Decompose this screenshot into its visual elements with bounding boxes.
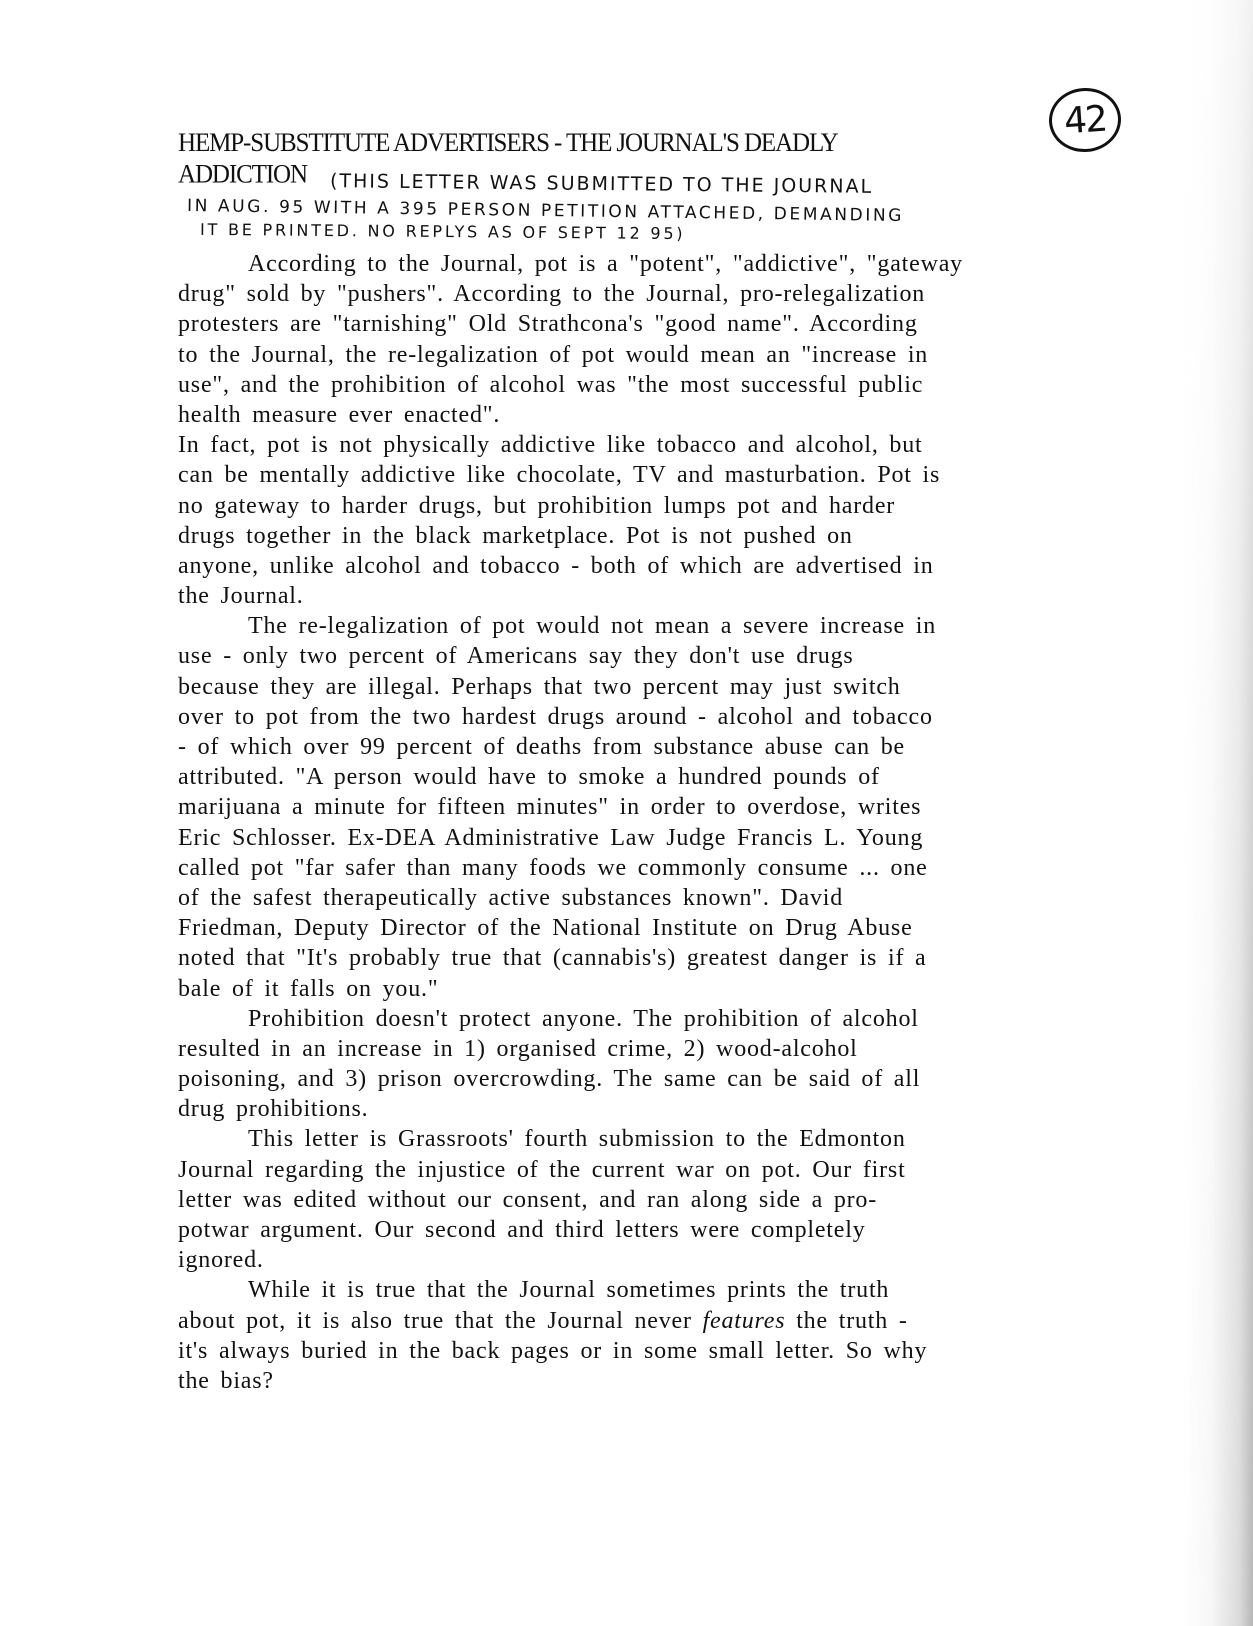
text-line: drug prohibitions. [178,1094,1078,1124]
text-line: While it is true that the Journal someti… [178,1275,1078,1305]
text-line: Eric Schlosser. Ex-DEA Administrative La… [178,823,1078,853]
title-line-1: HEMP-SUBSTITUTE ADVERTISERS - THE JOURNA… [178,128,1008,160]
text-line: over to pot from the two hardest drugs a… [178,702,1078,732]
text-line: ignored. [178,1245,1078,1275]
text-line: noted that "It's probably true that (can… [178,943,1078,973]
text-line: drug" sold by "pushers". According to th… [178,279,1078,309]
text-line: potwar argument. Our second and third le… [178,1215,1078,1245]
text-line: Prohibition doesn't protect anyone. The … [178,1004,1078,1034]
text-line: protesters are "tarnishing" Old Strathco… [178,309,1078,339]
text-line: poisoning, and 3) prison overcrowding. T… [178,1064,1078,1094]
text-line: health measure ever enacted". [178,400,1078,430]
text-line: because they are illegal. Perhaps that t… [178,672,1078,702]
text-line: attributed. "A person would have to smok… [178,762,1078,792]
circled-page-number: 42 [1047,86,1123,155]
text-line: of the safest therapeutically active sub… [178,883,1078,913]
text-line: called pot "far safer than many foods we… [178,853,1078,883]
text-line: letter was edited without our consent, a… [178,1185,1078,1215]
text-line: it's always buried in the back pages or … [178,1336,1078,1366]
text-segment: the truth - [785,1308,907,1334]
text-line: to the Journal, the re-legalization of p… [178,340,1078,370]
text-line: resulted in an increase in 1) organised … [178,1034,1078,1064]
text-line: - of which over 99 percent of deaths fro… [178,732,1078,762]
text-line: Friedman, Deputy Director of the Nationa… [178,913,1078,943]
page-number-text: 42 [1063,98,1108,142]
text-line: Journal regarding the injustice of the c… [178,1155,1078,1185]
emphasized-word: features [703,1308,786,1334]
text-line: In fact, pot is not physically addictive… [178,430,1078,460]
text-line: anyone, unlike alcohol and tobacco - bot… [178,551,1078,581]
text-line: the Journal. [178,581,1078,611]
text-line: drugs together in the black marketplace.… [178,521,1078,551]
text-line: marijuana a minute for fifteen minutes" … [178,792,1078,822]
text-line: This letter is Grassroots' fourth submis… [178,1124,1078,1154]
text-line: use - only two percent of Americans say … [178,641,1078,671]
text-line: no gateway to harder drugs, but prohibit… [178,491,1078,521]
scan-edge-shadow [1183,0,1253,1626]
text-line: about pot, it is also true that the Jour… [178,1306,1078,1336]
text-line: According to the Journal, pot is a "pote… [178,249,1078,279]
text-segment: about pot, it is also true that the Jour… [178,1308,703,1334]
handwritten-note-line-3: IT BE PRINTED. NO REPLYS AS OF SEPT 12 9… [200,220,686,243]
text-line: The re-legalization of pot would not mea… [178,611,1078,641]
handwritten-note-line-1: (THIS LETTER WAS SUBMITTED TO THE JOURNA… [330,170,873,198]
text-line: bale of it falls on you." [178,974,1078,1004]
text-line: the bias? [178,1366,1078,1396]
letter-body: According to the Journal, pot is a "pote… [178,249,1078,1396]
text-line: use", and the prohibition of alcohol was… [178,370,1078,400]
text-line: can be mentally addictive like chocolate… [178,460,1078,490]
